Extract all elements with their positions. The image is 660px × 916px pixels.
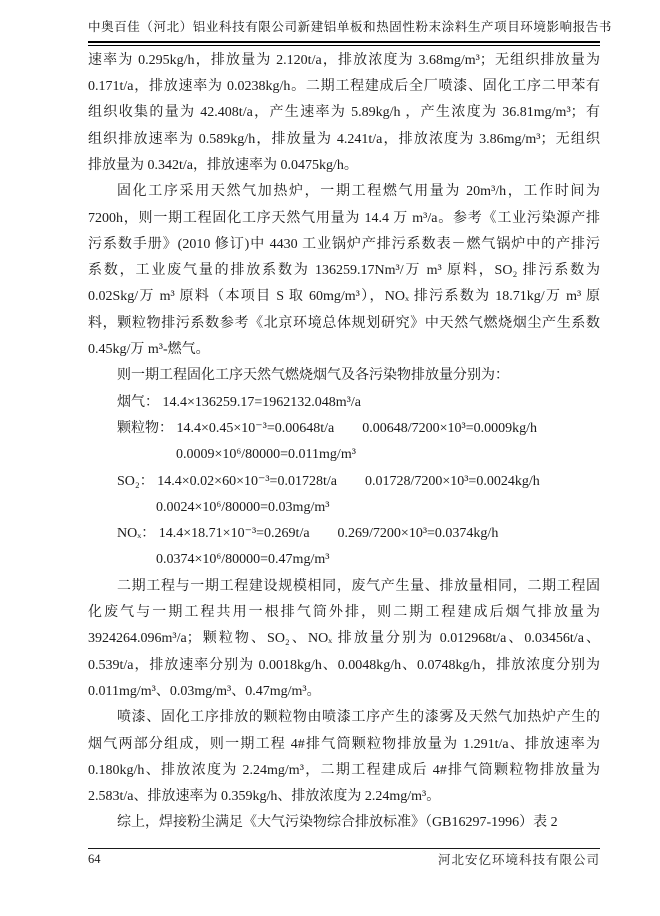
body-line: 污系数手册》(2010 修订)中 4430 工业锅炉产排污系数表－燃气锅炉中的产… [88, 232, 600, 258]
body-line: 化废气与一期工程共用一根排气筒外排，则二期工程建成后烟气排放量为 [88, 600, 600, 626]
page-content: 中奥百佳（河北）铝业科技有限公司新建铝单板和热固性粉末涂料生产项目环境影响报告书… [88, 0, 600, 869]
body-line: 烟气两部分组成，则一期工程 4#排气筒颗粒物排放量为 1.291t/a、排放速率… [88, 732, 600, 758]
body-line: 2.583t/a、排放速率为 0.359kg/h、排放浓度为 2.24mg/m³… [88, 784, 600, 810]
footer-rule [88, 848, 600, 849]
body-line: 0.0374×10⁶/80000=0.47mg/m³ [88, 547, 600, 573]
body-line: 0.0024×10⁶/80000=0.03mg/m³ [88, 495, 600, 521]
body-line: 7200h，则一期工程固化工序天然气用量为 14.4 万 m³/a。参考《工业污… [88, 206, 600, 232]
body-line: SO₂： 14.4×0.02×60×10⁻³=0.01728t/a 0.0172… [88, 469, 600, 495]
body-line: 0.02Skg/万 m³ 原料（本项目 S 取 60mg/m³），NOₓ 排污系… [88, 284, 600, 310]
body-line: 0.0009×10⁶/80000=0.011mg/m³ [88, 442, 600, 468]
body-line: 二期工程与一期工程建设规模相同，废气产生量、排放量相同，二期工程固 [88, 574, 600, 600]
page-footer: 64 河北安亿环境科技有限公司 [88, 851, 600, 869]
page-header-title: 中奥百佳（河北）铝业科技有限公司新建铝单板和热固性粉末涂料生产项目环境影响报告书 [88, 0, 600, 36]
body-line: 0.180kg/h、排放浓度为 2.24mg/m³，二期工程建成后 4#排气筒颗… [88, 758, 600, 784]
body-line: 组织排放速率为 0.589kg/h，排放量为 4.241t/a，排放浓度为 3.… [88, 127, 600, 153]
footer-company-name: 河北安亿环境科技有限公司 [438, 851, 600, 869]
body-text: 速率为 0.295kg/h，排放量为 2.120t/a，排放浓度为 3.68mg… [88, 48, 600, 837]
body-line: 0.171t/a，排放速率为 0.0238kg/h。二期工程建成后全厂喷漆、固化… [88, 74, 600, 100]
report-page: 中奥百佳（河北）铝业科技有限公司新建铝单板和热固性粉末涂料生产项目环境影响报告书… [0, 0, 660, 916]
page-number: 64 [88, 851, 101, 867]
body-line: 系数，工业废气量的排放系数为 136259.17Nm³/万 m³ 原料，SO₂ … [88, 258, 600, 284]
body-line: NOₓ： 14.4×18.71×10⁻³=0.269t/a 0.269/7200… [88, 521, 600, 547]
body-line: 组织收集的量为 42.408t/a，产生速率为 5.89kg/h ，产生浓度为 … [88, 100, 600, 126]
body-line: 喷漆、固化工序排放的颗粒物由喷漆工序产生的漆雾及天然气加热炉产生的 [88, 705, 600, 731]
body-line: 0.45kg/万 m³-燃气。 [88, 337, 600, 363]
body-line: 3924264.096m³/a；颗粒物、SO₂、NOₓ 排放量分别为 0.012… [88, 626, 600, 652]
body-line: 则一期工程固化工序天然气燃烧烟气及各污染物排放量分别为： [88, 363, 600, 389]
body-line: 固化工序采用天然气加热炉，一期工程燃气用量为 20m³/h，工作时间为 [88, 179, 600, 205]
body-line: 料，颗粒物排污系数参考《北京环境总体规划研究》中天然气燃烧烟尘产生系数 [88, 311, 600, 337]
body-line: 烟气： 14.4×136259.17=1962132.048m³/a [88, 390, 600, 416]
body-line: 速率为 0.295kg/h，排放量为 2.120t/a，排放浓度为 3.68mg… [88, 48, 600, 74]
body-line: 0.539t/a，排放速率分别为 0.0018kg/h、0.0048kg/h、0… [88, 653, 600, 679]
body-line: 综上，焊接粉尘满足《大气污染物综合排放标准》（GB16297-1996）表 2 [88, 810, 600, 836]
body-line: 颗粒物： 14.4×0.45×10⁻³=0.00648t/a 0.00648/7… [88, 416, 600, 442]
body-line: 0.011mg/m³、0.03mg/m³、0.47mg/m³。 [88, 679, 600, 705]
header-double-rule [88, 41, 600, 46]
body-line: 排放量为 0.342t/a，排放速率为 0.0475kg/h。 [88, 153, 600, 179]
